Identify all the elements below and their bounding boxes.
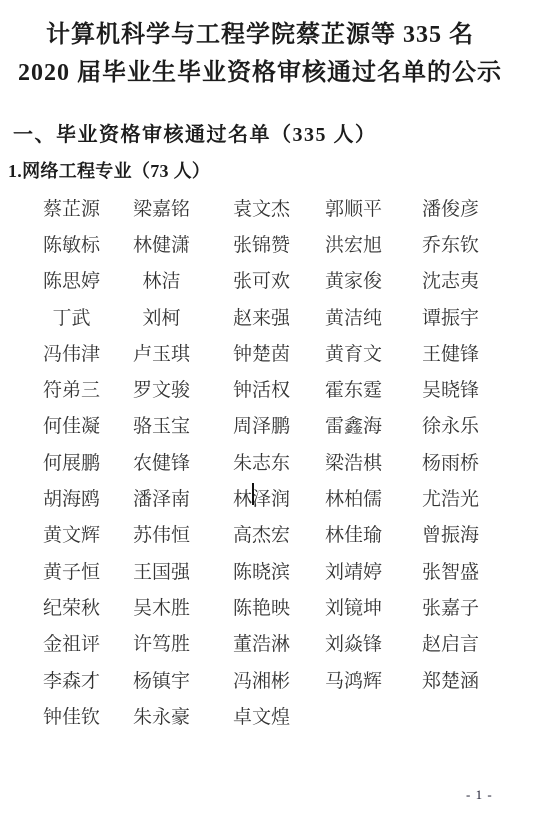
section-heading: 一、毕业资格审核通过名单（335 人） — [13, 118, 377, 147]
student-name: 杨雨桥 — [422, 448, 479, 475]
student-name: 黄家俊 — [325, 266, 382, 293]
student-name: 张嘉子 — [422, 593, 479, 620]
name-cell: 谭振宇 — [422, 298, 517, 334]
student-name: 冯湘彬 — [233, 666, 290, 693]
name-cell: 符弟三 — [43, 370, 133, 406]
student-name: 王健锋 — [422, 339, 479, 366]
student-name: 骆玉宝 — [133, 411, 190, 438]
student-name: 刘靖婷 — [325, 557, 382, 584]
student-name: 朱志东 — [233, 448, 290, 475]
name-cell: 林泽润 — [233, 479, 325, 515]
student-name: 洪宏旭 — [325, 230, 382, 257]
student-name: 高杰宏 — [233, 520, 290, 547]
student-name: 农健锋 — [133, 448, 190, 475]
name-cell: 卓文煌 — [233, 697, 325, 733]
student-name: 黄洁纯 — [325, 303, 382, 330]
name-cell: 董浩淋 — [233, 625, 325, 661]
name-cell: 黄洁纯 — [325, 298, 422, 334]
student-name: 陈艳映 — [233, 593, 290, 620]
name-cell: 张智盛 — [422, 552, 517, 588]
name-cell: 冯伟津 — [43, 334, 133, 370]
student-name: 钟佳钦 — [43, 702, 100, 729]
name-cell: 朱永豪 — [133, 697, 233, 733]
name-cell: 张嘉子 — [422, 588, 517, 624]
name-cell: 蔡芷源 — [43, 189, 133, 225]
student-name: 潘俊彦 — [422, 194, 479, 221]
name-cell: 刘焱锋 — [325, 625, 422, 661]
student-name: 袁文杰 — [233, 194, 290, 221]
text-caret — [252, 483, 254, 505]
name-cell: 潘泽南 — [133, 479, 233, 515]
student-name: 朱永豪 — [133, 702, 190, 729]
name-cell: 袁文杰 — [233, 189, 325, 225]
student-name: 梁嘉铭 — [133, 194, 190, 221]
name-cell: 陈艳映 — [233, 588, 325, 624]
student-name: 冯伟津 — [43, 339, 100, 366]
name-cell: 刘柯 — [133, 298, 233, 334]
name-cell: 黄家俊 — [325, 262, 422, 298]
student-name: 钟楚茵 — [233, 339, 290, 366]
student-name: 沈志夷 — [422, 266, 479, 293]
name-cell: 曾振海 — [422, 516, 517, 552]
name-cell: 张可欢 — [233, 262, 325, 298]
student-name: 谭振宇 — [422, 303, 479, 330]
name-cell: 赵来强 — [233, 298, 325, 334]
student-name: 林柏儒 — [325, 484, 382, 511]
name-cell: 黄子恒 — [43, 552, 133, 588]
name-cell: 郭顺平 — [325, 189, 422, 225]
name-cell: 高杰宏 — [233, 516, 325, 552]
student-name: 刘焱锋 — [325, 629, 382, 656]
student-name: 林洁 — [133, 266, 190, 293]
student-name: 钟活权 — [233, 375, 290, 402]
student-name: 周泽鹏 — [233, 411, 290, 438]
name-cell: 杨雨桥 — [422, 443, 517, 479]
name-cell: 霍东霆 — [325, 370, 422, 406]
name-cell: 黄文辉 — [43, 516, 133, 552]
student-name: 雷鑫海 — [325, 411, 382, 438]
student-name: 李森才 — [43, 666, 100, 693]
title-line-2: 2020 届毕业生毕业资格审核通过名单的公示 — [10, 55, 510, 93]
name-cell: 朱志东 — [233, 443, 325, 479]
name-cell: 钟楚茵 — [233, 334, 325, 370]
name-cell: 刘靖婷 — [325, 552, 422, 588]
name-cell: 洪宏旭 — [325, 225, 422, 261]
name-cell: 尤浩光 — [422, 479, 517, 515]
student-name: 林健潇 — [133, 230, 190, 257]
student-name: 霍东霆 — [325, 375, 382, 402]
name-cell: 赵启言 — [422, 625, 517, 661]
student-name: 梁浩棋 — [325, 448, 382, 475]
student-name: 郑楚涵 — [422, 666, 479, 693]
student-name: 陈晓滨 — [233, 557, 290, 584]
student-name: 卢玉琪 — [133, 339, 190, 366]
student-name: 徐永乐 — [422, 411, 479, 438]
student-name: 董浩淋 — [233, 629, 290, 656]
name-cell: 乔东钦 — [422, 225, 517, 261]
name-cell: 骆玉宝 — [133, 407, 233, 443]
name-cell: 陈思婷 — [43, 262, 133, 298]
student-name: 郭顺平 — [325, 194, 382, 221]
title-line-1: 计算机科学与工程学院蔡芷源等 335 名 — [10, 17, 510, 55]
student-name: 蔡芷源 — [43, 194, 100, 221]
student-name: 马鸿辉 — [325, 666, 382, 693]
student-name: 陈思婷 — [43, 266, 100, 293]
student-name: 刘镜坤 — [325, 593, 382, 620]
student-name: 张智盛 — [422, 557, 479, 584]
student-name: 潘泽南 — [133, 484, 190, 511]
name-cell: 沈志夷 — [422, 262, 517, 298]
student-name: 黄育文 — [325, 339, 382, 366]
name-cell: 卢玉琪 — [133, 334, 233, 370]
student-name: 王国强 — [133, 557, 190, 584]
name-cell: 周泽鹏 — [233, 407, 325, 443]
name-cell: 林健潇 — [133, 225, 233, 261]
name-cell: 黄育文 — [325, 334, 422, 370]
page-number: - 1 - — [466, 787, 493, 803]
name-cell: 钟佳钦 — [43, 697, 133, 733]
name-cell: 苏伟恒 — [133, 516, 233, 552]
student-name: 黄子恒 — [43, 557, 100, 584]
names-grid: 蔡芷源梁嘉铭袁文杰郭顺平潘俊彦陈敏标林健潇张锦赞洪宏旭乔东钦陈思婷林洁张可欢黄家… — [43, 189, 517, 733]
name-cell: 徐永乐 — [422, 407, 517, 443]
subsection-heading: 1.网络工程专业（73 人） — [8, 157, 210, 183]
student-name: 吴木胜 — [133, 593, 190, 620]
name-cell: 梁浩棋 — [325, 443, 422, 479]
student-name: 罗文骏 — [133, 375, 190, 402]
name-cell: 何佳凝 — [43, 407, 133, 443]
student-name: 卓文煌 — [233, 702, 290, 729]
name-cell: 林柏儒 — [325, 479, 422, 515]
name-cell: 纪荣秋 — [43, 588, 133, 624]
name-cell: 刘镜坤 — [325, 588, 422, 624]
student-name: 何佳凝 — [43, 411, 100, 438]
student-name: 张可欢 — [233, 266, 290, 293]
name-cell: 潘俊彦 — [422, 189, 517, 225]
name-cell: 农健锋 — [133, 443, 233, 479]
name-cell: 王健锋 — [422, 334, 517, 370]
student-name: 曾振海 — [422, 520, 479, 547]
student-name: 符弟三 — [43, 375, 100, 402]
name-cell: 李森才 — [43, 661, 133, 697]
student-name: 林佳瑜 — [325, 520, 382, 547]
name-cell: 陈晓滨 — [233, 552, 325, 588]
student-name: 乔东钦 — [422, 230, 479, 257]
name-cell: 吴木胜 — [133, 588, 233, 624]
student-name: 胡海鸥 — [43, 484, 100, 511]
student-name: 赵来强 — [233, 303, 290, 330]
name-cell: 马鸿辉 — [325, 661, 422, 697]
student-name: 金祖评 — [43, 629, 100, 656]
student-name: 杨镇宇 — [133, 666, 190, 693]
name-cell: 罗文骏 — [133, 370, 233, 406]
student-name: 许笃胜 — [133, 629, 190, 656]
name-cell: 胡海鸥 — [43, 479, 133, 515]
name-cell: 雷鑫海 — [325, 407, 422, 443]
student-name: 苏伟恒 — [133, 520, 190, 547]
name-cell: 郑楚涵 — [422, 661, 517, 697]
name-cell: 冯湘彬 — [233, 661, 325, 697]
name-cell: 金祖评 — [43, 625, 133, 661]
document-page: 计算机科学与工程学院蔡芷源等 335 名 2020 届毕业生毕业资格审核通过名单… — [0, 0, 546, 817]
name-cell: 杨镇宇 — [133, 661, 233, 697]
name-cell: 何展鹏 — [43, 443, 133, 479]
name-cell: 钟活权 — [233, 370, 325, 406]
student-name: 尤浩光 — [422, 484, 479, 511]
student-name: 刘柯 — [133, 303, 190, 330]
name-cell: 王国强 — [133, 552, 233, 588]
student-name: 何展鹏 — [43, 448, 100, 475]
name-cell: 林洁 — [133, 262, 233, 298]
student-name: 张锦赞 — [233, 230, 290, 257]
name-cell: 梁嘉铭 — [133, 189, 233, 225]
name-cell: 吴晓锋 — [422, 370, 517, 406]
document-title: 计算机科学与工程学院蔡芷源等 335 名 2020 届毕业生毕业资格审核通过名单… — [10, 17, 510, 92]
name-cell: 许笃胜 — [133, 625, 233, 661]
name-cell: 林佳瑜 — [325, 516, 422, 552]
student-name: 黄文辉 — [43, 520, 100, 547]
name-cell: 陈敏标 — [43, 225, 133, 261]
student-name: 吴晓锋 — [422, 375, 479, 402]
name-cell: 丁武 — [43, 298, 133, 334]
student-name: 赵启言 — [422, 629, 479, 656]
student-name: 陈敏标 — [43, 230, 100, 257]
student-name: 丁武 — [43, 303, 100, 330]
student-name: 林泽润 — [233, 484, 290, 511]
student-name: 纪荣秋 — [43, 593, 100, 620]
name-cell: 张锦赞 — [233, 225, 325, 261]
